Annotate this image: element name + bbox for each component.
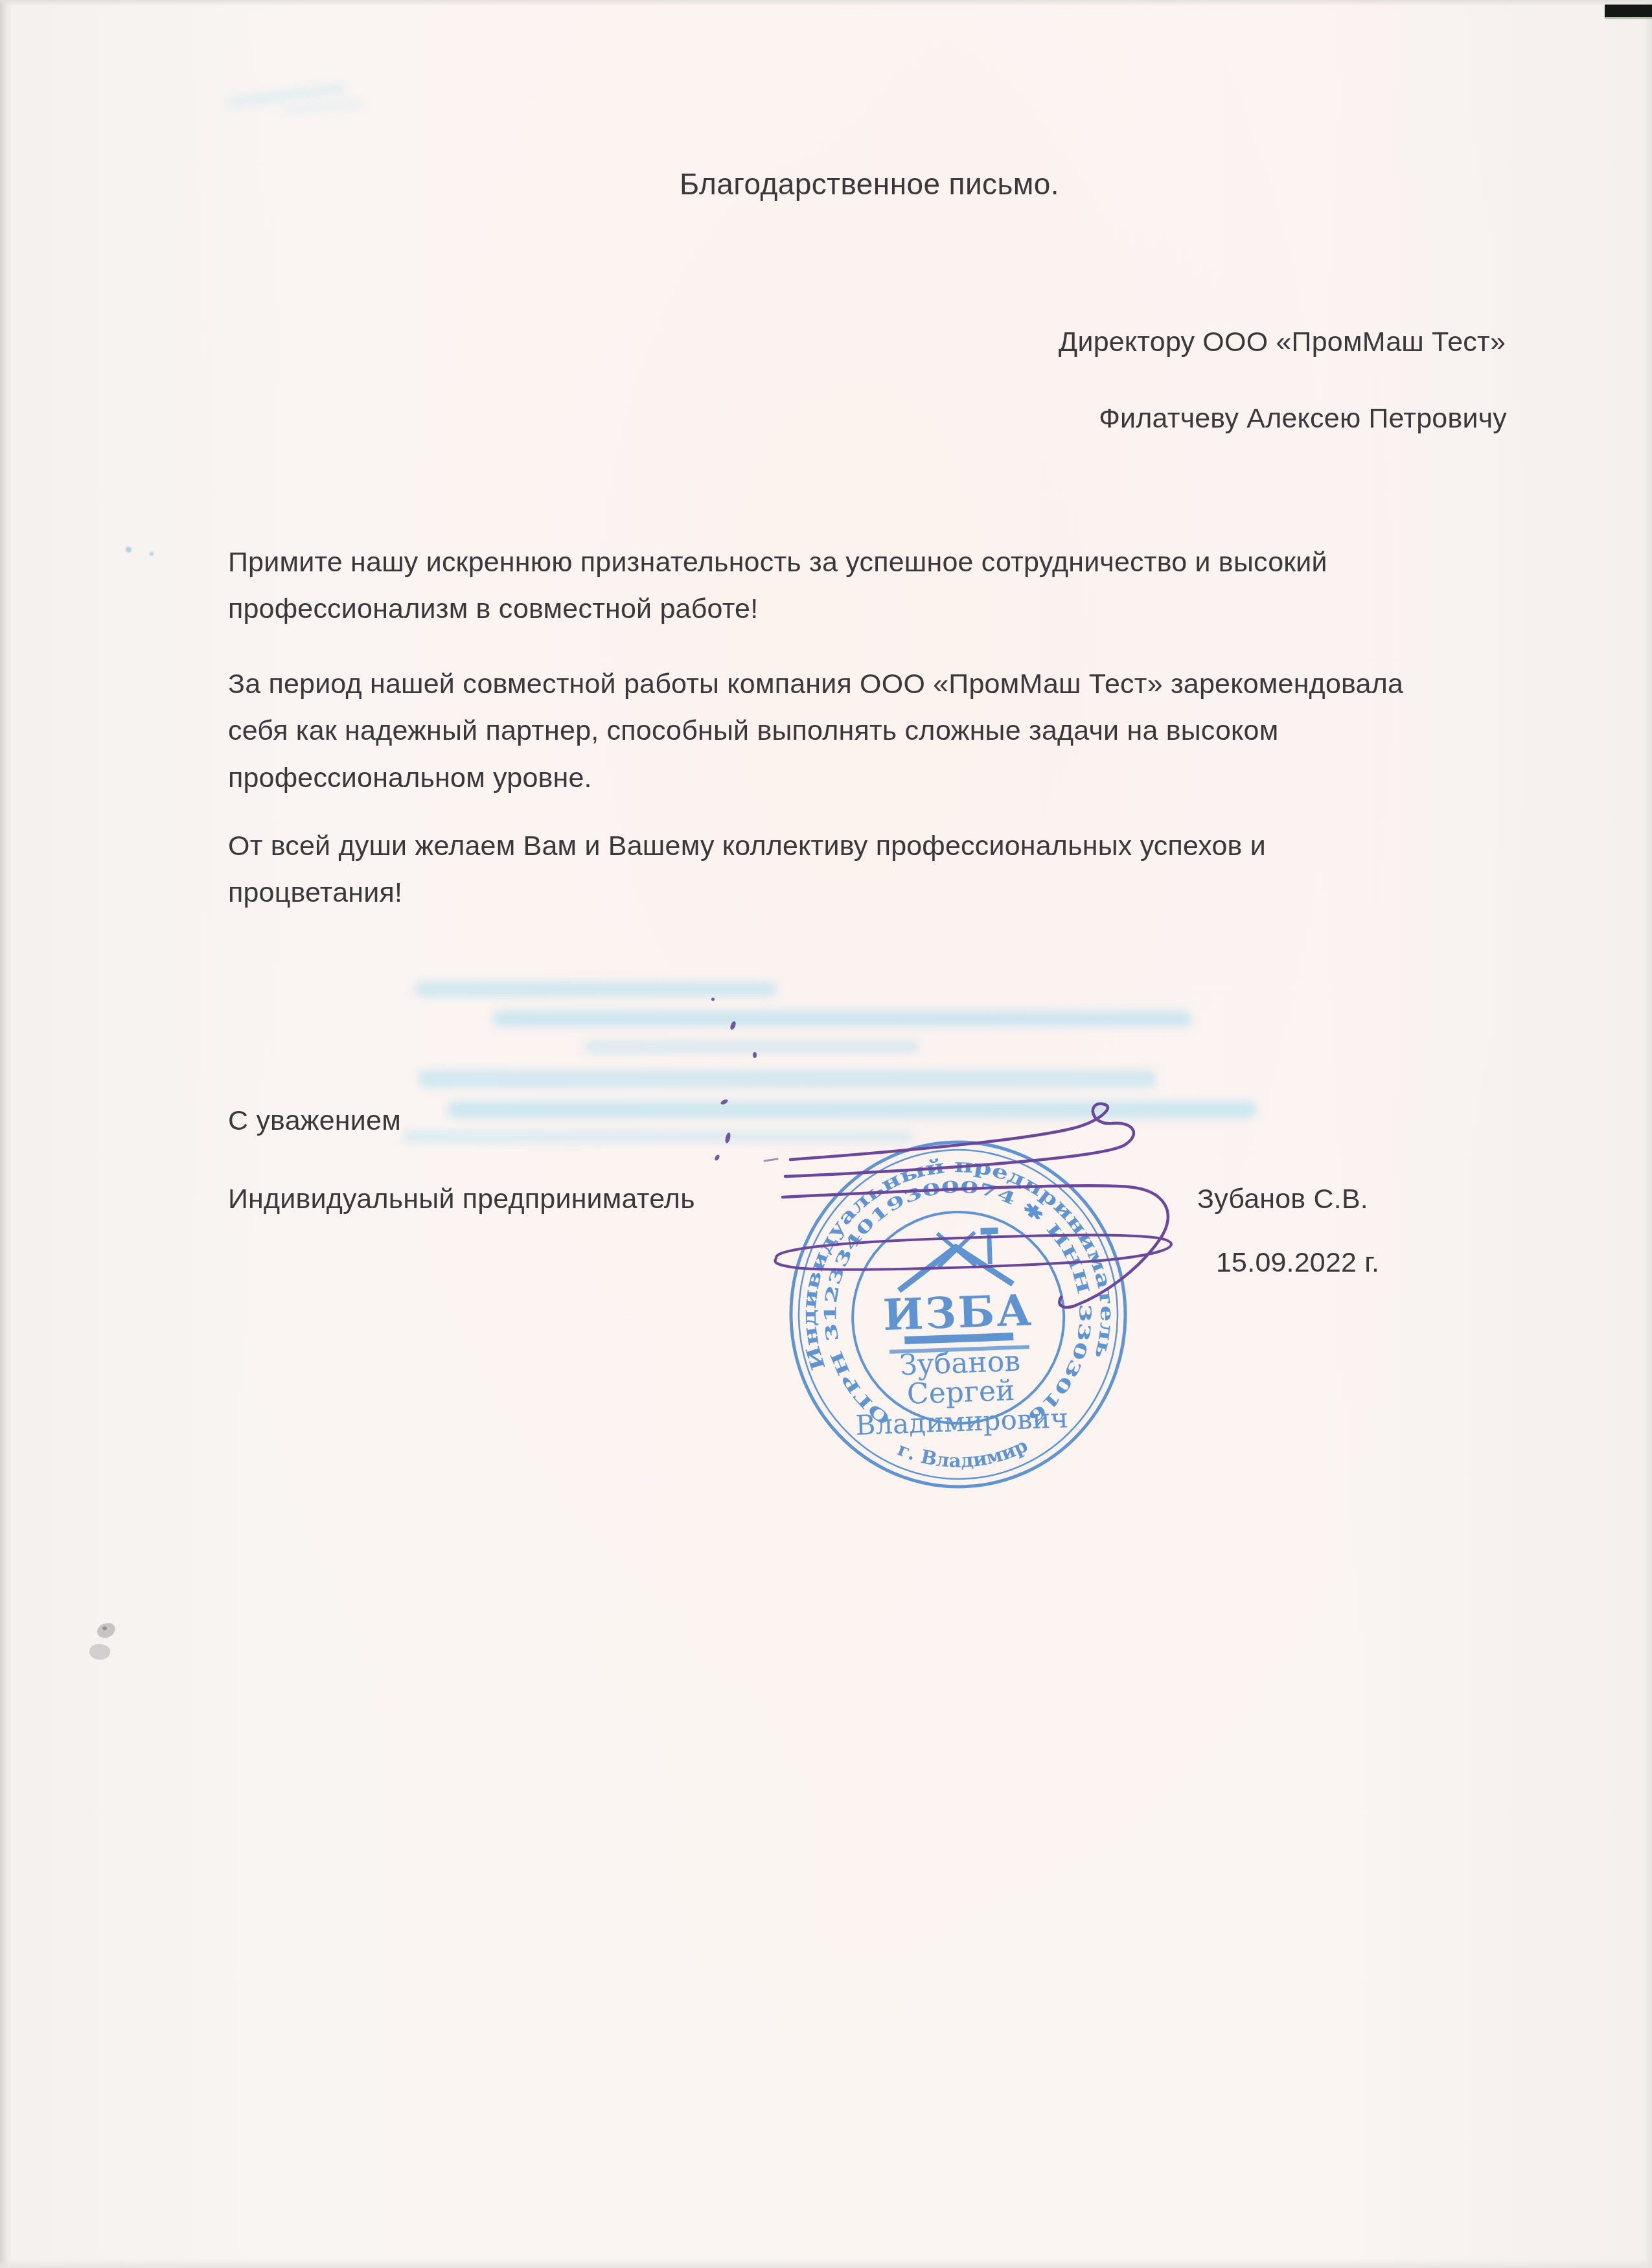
cyan-smudge [418,1070,1156,1088]
body-p3-line2: процветания! [228,876,402,911]
pen-speck [714,1154,720,1162]
scan-edge-left [0,0,12,2268]
stamp-ring-text-bottom: г. Владимир [894,1434,1032,1474]
body-p1-line2: профессионализм в совместной работе! [228,592,758,627]
body-p2-line2: себя как надежный партнер, способный вып… [228,714,1278,749]
letter-title: Благодарственное письмо. [43,166,1652,203]
signature-date: 15.09.2022 г. [1216,1246,1379,1281]
pen-speck [711,998,715,1001]
pen-speck [753,1052,757,1058]
scan-edge-top [0,0,1652,6]
scan-edge-right [1644,0,1652,2268]
closing-regards: С уважением [228,1104,401,1139]
stamp-name-line-3: Владимирович [855,1402,1069,1441]
cyan-smudge [285,101,363,113]
scanner-corner-mark [1605,5,1652,17]
cyan-smudge [583,1040,920,1053]
signer-name: Зубанов С.В. [1197,1182,1368,1217]
scan-edge-bottom [0,2259,1652,2268]
signer-role: Индивидуальный предприниматель [228,1182,695,1217]
addressee-line-2: Филатчеву Алексею Петровичу [1099,402,1507,437]
cyan-smudge [492,1011,1192,1027]
scanned-letter-page: Благодарственное письмо. Директору ООО «… [0,0,1652,2268]
body-p1-line1: Примите нашу искреннюю признательность з… [228,545,1327,580]
body-p3-line1: От всей души желаем Вам и Вашему коллект… [228,829,1266,864]
ink-dot [150,552,154,556]
dust-speck [88,1642,111,1661]
signature [745,1095,1199,1367]
dust-speck [96,1621,117,1640]
body-p2-line1: За период нашей совместной работы компан… [228,667,1403,702]
addressee-line-1: Директору ООО «ПромМаш Тест» [1059,325,1506,360]
cyan-smudge [415,981,777,997]
body-p2-line3: профессиональном уровне. [228,761,592,796]
ink-dot [126,547,132,553]
